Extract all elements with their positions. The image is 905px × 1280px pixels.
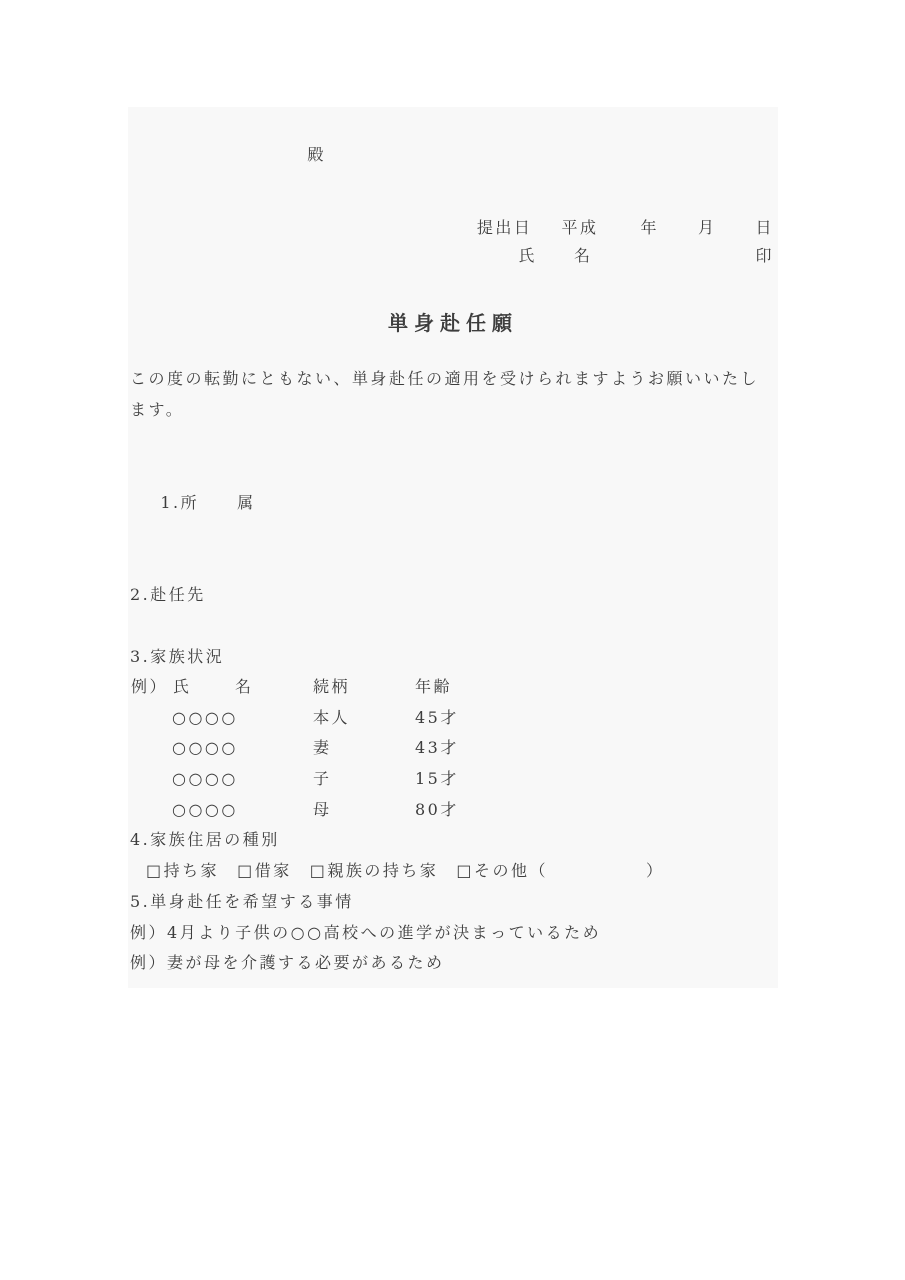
checkbox-other-open: □その他（ <box>456 856 548 887</box>
section-1-affiliation: 1.所属 <box>128 456 778 549</box>
row-name: ○○○○ <box>172 703 238 734</box>
section-1-prefix: 1.所 <box>160 493 199 512</box>
other-fill-in-blank[interactable] <box>548 856 646 887</box>
reason-example-2: 例）妻が母を介護する必要があるため <box>128 948 778 979</box>
submission-date-label: 提出日 <box>477 214 533 242</box>
recipient-honorific: 殿 <box>307 145 326 164</box>
family-table-header: 例） 氏 名 続柄 年齢 <box>128 672 778 703</box>
header-name-first: 氏 <box>173 672 192 703</box>
checkbox-other[interactable]: □その他（ ） <box>456 856 664 887</box>
name-label-second: 名 <box>574 242 593 270</box>
row-name: ○○○○ <box>172 733 238 764</box>
document-title: 単身赴任願 <box>128 308 778 339</box>
submission-date-line: 提出日 平成 年 月 日 <box>128 214 778 242</box>
header-name-second: 名 <box>235 672 254 703</box>
year-suffix: 年 <box>640 214 659 242</box>
section-3-family-status: 3.家族状況 <box>128 641 778 672</box>
header-age: 年齢 <box>415 672 452 703</box>
recipient-line: 殿 <box>128 113 778 197</box>
section-5-reason: 5.単身赴任を希望する事情 <box>128 887 778 918</box>
row-relation: 本人 <box>313 703 350 734</box>
row-relation: 母 <box>313 795 332 826</box>
row-relation: 妻 <box>313 733 332 764</box>
table-row: ○○○○ 母 80才 <box>128 795 778 826</box>
example-prefix: 例） <box>131 672 168 703</box>
seal-label: 印 <box>755 242 774 270</box>
row-name: ○○○○ <box>172 764 238 795</box>
section-4-residence-type: 4.家族住居の種別 <box>128 825 778 856</box>
section-2-destination: 2.赴任先 <box>128 579 778 610</box>
day-suffix: 日 <box>755 214 774 242</box>
name-label-first: 氏 <box>518 242 537 270</box>
document-page: 殿 提出日 平成 年 月 日 氏 名 印 単身赴任願 この度の転勤にともない、単… <box>128 107 778 988</box>
row-age: 15才 <box>415 764 459 795</box>
table-row: ○○○○ 妻 43才 <box>128 733 778 764</box>
row-age: 45才 <box>415 703 459 734</box>
reason-example-1: 例）4月より子供の○○高校への進学が決まっているため <box>128 918 778 949</box>
era-label: 平成 <box>561 214 598 242</box>
body-paragraph-line-2: ます。 <box>128 394 778 425</box>
body-paragraph-line-1: この度の転勤にともない、単身赴任の適用を受けられますようお願いいたし <box>128 363 778 394</box>
row-age: 43才 <box>415 733 459 764</box>
residence-options-row: □持ち家 □借家 □親族の持ち家 □その他（ ） <box>128 856 778 887</box>
checkbox-other-close: ） <box>646 856 665 887</box>
table-row: ○○○○ 本人 45才 <box>128 703 778 734</box>
month-suffix: 月 <box>698 214 717 242</box>
name-seal-line: 氏 名 印 <box>128 242 778 270</box>
row-relation: 子 <box>313 764 332 795</box>
header-relation: 続柄 <box>313 672 350 703</box>
checkbox-rented-home[interactable]: □借家 <box>237 856 292 887</box>
checkbox-relatives-home[interactable]: □親族の持ち家 <box>310 856 439 887</box>
row-name: ○○○○ <box>172 795 238 826</box>
table-row: ○○○○ 子 15才 <box>128 764 778 795</box>
section-1-suffix: 属 <box>237 487 256 518</box>
row-age: 80才 <box>415 795 459 826</box>
